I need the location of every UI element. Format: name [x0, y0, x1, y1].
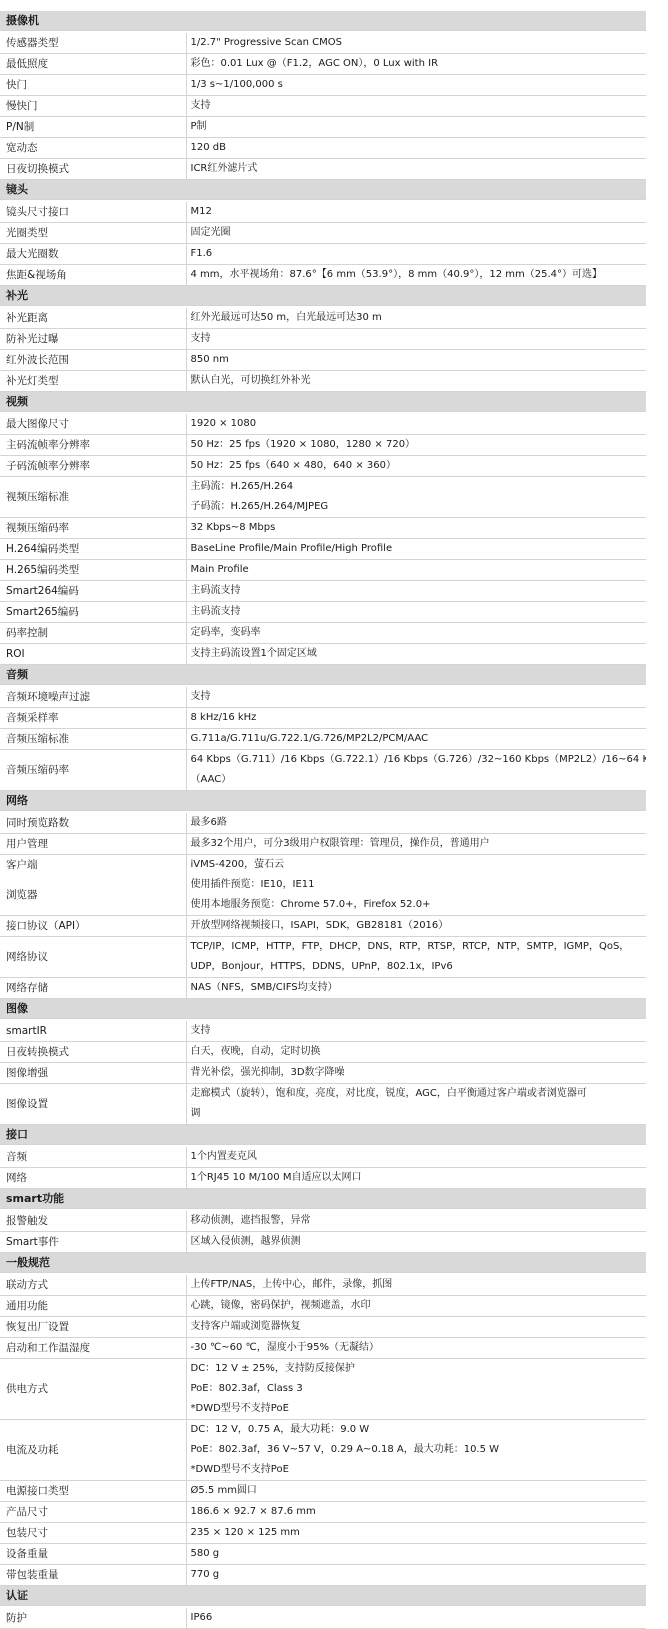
section-title: 图像 [0, 999, 646, 1021]
spec-value: 定码率，变码率 [186, 623, 646, 644]
spec-value-line: 移动侦测，遮挡报警，异常 [191, 1211, 647, 1231]
spec-value-line: 走廊模式（旋转），饱和度，亮度，对比度，锐度，AGC，白平衡通过客户端或者浏览器… [191, 1084, 647, 1104]
spec-label: 浏览器 [0, 875, 186, 916]
spec-row: 图像增强背光补偿，强光抑制，3D数字降噪 [0, 1063, 646, 1084]
spec-value: 770 g [186, 1565, 646, 1586]
section-title: 补光 [0, 286, 646, 308]
section-title: 镜头 [0, 180, 646, 202]
spec-row: 日夜切换模式ICR红外滤片式 [0, 159, 646, 180]
spec-label: H.264编码类型 [0, 539, 186, 560]
spec-row: 补光灯类型默认白光，可切换红外补光 [0, 371, 646, 392]
spec-value-line: DC：12 V，0.75 A，最大功耗：9.0 W [191, 1420, 647, 1440]
spec-row: 最低照度彩色：0.01 Lux @（F1.2，AGC ON），0 Lux wit… [0, 54, 646, 75]
spec-value: BaseLine Profile/Main Profile/High Profi… [186, 539, 646, 560]
spec-label: 音频环境噪声过滤 [0, 686, 186, 708]
spec-label: 最大图像尺寸 [0, 413, 186, 435]
spec-value: 支持 [186, 1020, 646, 1042]
spec-value-line: 186.6 × 92.7 × 87.6 mm [191, 1502, 647, 1522]
spec-label: 通用功能 [0, 1296, 186, 1317]
spec-value-line: 定码率，变码率 [191, 623, 647, 643]
spec-value: 32 Kbps~8 Mbps [186, 518, 646, 539]
spec-label: 恢复出厂设置 [0, 1317, 186, 1338]
spec-row: 浏览器使用插件预览：IE10，IE11使用本地服务预览：Chrome 57.0+… [0, 875, 646, 916]
spec-row: 红外波长范围850 nm [0, 350, 646, 371]
spec-value: TCP/IP，ICMP，HTTP，FTP，DHCP，DNS，RTP，RTSP，R… [186, 937, 646, 978]
spec-value: ICR红外滤片式 [186, 159, 646, 180]
spec-value: 50 Hz：25 fps（640 × 480，640 × 360） [186, 456, 646, 477]
spec-label: 防补光过曝 [0, 329, 186, 350]
spec-label: 焦距&视场角 [0, 265, 186, 286]
spec-value: 支持主码流设置1个固定区域 [186, 644, 646, 665]
spec-row: 带包装重量770 g [0, 1565, 646, 1586]
spec-value: Main Profile [186, 560, 646, 581]
spec-row: 快门1/3 s~1/100,000 s [0, 75, 646, 96]
spec-value-line: 8 kHz/16 kHz [191, 708, 647, 728]
spec-row: 音频压缩标准G.711a/G.711u/G.722.1/G.726/MP2L2/… [0, 729, 646, 750]
spec-value: 1个RJ45 10 M/100 M自适应以太网口 [186, 1168, 646, 1189]
spec-row: 日夜转换模式白天，夜晚，自动，定时切换 [0, 1042, 646, 1063]
spec-value-line: 1/2.7" Progressive Scan CMOS [191, 33, 647, 53]
spec-value-line: 最多32个用户，可分3级用户权限管理：管理员，操作员，普通用户 [191, 834, 647, 854]
spec-value-line: iVMS-4200，萤石云 [191, 855, 647, 875]
section-header: 摄像机 [0, 11, 646, 32]
spec-value: 固定光圈 [186, 223, 646, 244]
spec-label: 日夜转换模式 [0, 1042, 186, 1063]
spec-label: smartIR [0, 1020, 186, 1042]
spec-label: 镜头尺寸接口 [0, 201, 186, 223]
spec-value: 默认白光，可切换红外补光 [186, 371, 646, 392]
spec-row: 供电方式DC：12 V ± 25%，支持防反接保护PoE：802.3af，Cla… [0, 1359, 646, 1420]
spec-value-line: （AAC） [191, 770, 647, 790]
spec-row: 音频压缩码率64 Kbps（G.711）/16 Kbps（G.722.1）/16… [0, 750, 646, 791]
spec-value-line: 1个内置麦克风 [191, 1147, 647, 1167]
spec-row: 网络协议TCP/IP，ICMP，HTTP，FTP，DHCP，DNS，RTP，RT… [0, 937, 646, 978]
spec-label: 包装尺寸 [0, 1523, 186, 1544]
spec-row: 联动方式上传FTP/NAS，上传中心，邮件，录像，抓图 [0, 1274, 646, 1296]
section-title: 摄像机 [0, 11, 646, 32]
spec-label: 电流及功耗 [0, 1420, 186, 1481]
spec-label: 音频压缩码率 [0, 750, 186, 791]
spec-label: ROI [0, 644, 186, 665]
spec-row: H.264编码类型BaseLine Profile/Main Profile/H… [0, 539, 646, 560]
spec-label: 音频压缩标准 [0, 729, 186, 750]
spec-value: 1920 × 1080 [186, 413, 646, 435]
spec-value-line: PoE：802.3af，36 V~57 V，0.29 A~0.18 A，最大功耗… [191, 1440, 647, 1460]
spec-value-line: 1920 × 1080 [191, 414, 647, 434]
section-title: 一般规范 [0, 1253, 646, 1275]
spec-label: 网络协议 [0, 937, 186, 978]
spec-label: 报警触发 [0, 1210, 186, 1232]
spec-value: 8 kHz/16 kHz [186, 708, 646, 729]
spec-row: 报警触发移动侦测，遮挡报警，异常 [0, 1210, 646, 1232]
spec-row: 码率控制定码率，变码率 [0, 623, 646, 644]
spec-value-line: 32 Kbps~8 Mbps [191, 518, 647, 538]
spec-label: 网络存储 [0, 978, 186, 999]
spec-row: 视频压缩码率32 Kbps~8 Mbps [0, 518, 646, 539]
section-header: 镜头 [0, 180, 646, 202]
spec-value: 最多32个用户，可分3级用户权限管理：管理员，操作员，普通用户 [186, 834, 646, 855]
spec-value-line: 支持 [191, 1021, 647, 1041]
spec-row: 音频环境噪声过滤支持 [0, 686, 646, 708]
spec-value-line: P制 [191, 117, 647, 137]
spec-label: 音频采样率 [0, 708, 186, 729]
spec-value: 主码流：H.265/H.264子码流：H.265/H.264/MJPEG [186, 477, 646, 518]
spec-value: DC：12 V ± 25%，支持防反接保护PoE：802.3af，Class 3… [186, 1359, 646, 1420]
section-header: 一般规范 [0, 1253, 646, 1275]
spec-label: 最大光圈数 [0, 244, 186, 265]
spec-row: 焦距&视场角4 mm，水平视场角：87.6°【6 mm（53.9°），8 mm（… [0, 265, 646, 286]
spec-value: 上传FTP/NAS，上传中心，邮件，录像，抓图 [186, 1274, 646, 1296]
section-header: 音频 [0, 665, 646, 687]
spec-value: 支持客户端或浏览器恢复 [186, 1317, 646, 1338]
spec-value: F1.6 [186, 244, 646, 265]
section-title: 音频 [0, 665, 646, 687]
spec-label: 接口协议（API） [0, 916, 186, 937]
spec-value: 186.6 × 92.7 × 87.6 mm [186, 1502, 646, 1523]
spec-value-line: 主码流支持 [191, 602, 647, 622]
spec-value: 4 mm，水平视场角：87.6°【6 mm（53.9°），8 mm（40.9°）… [186, 265, 646, 286]
spec-value-line: 4 mm，水平视场角：87.6°【6 mm（53.9°），8 mm（40.9°）… [191, 265, 647, 285]
spec-row: 启动和工作温湿度-30 ℃~60 ℃，湿度小于95%（无凝结） [0, 1338, 646, 1359]
spec-label: 电源接口类型 [0, 1481, 186, 1502]
section-title: 接口 [0, 1125, 646, 1147]
spec-row: 图像设置走廊模式（旋转），饱和度，亮度，对比度，锐度，AGC，白平衡通过客户端或… [0, 1084, 646, 1125]
spec-value: -30 ℃~60 ℃，湿度小于95%（无凝结） [186, 1338, 646, 1359]
spec-row: 同时预览路数最多6路 [0, 812, 646, 834]
spec-label: H.265编码类型 [0, 560, 186, 581]
spec-label: 联动方式 [0, 1274, 186, 1296]
spec-value-line: 1/3 s~1/100,000 s [191, 75, 647, 95]
spec-row: 音频1个内置麦克风 [0, 1146, 646, 1168]
spec-label: 主码流帧率分辨率 [0, 435, 186, 456]
spec-row: 传感器类型1/2.7" Progressive Scan CMOS [0, 32, 646, 54]
spec-row: 主码流帧率分辨率50 Hz：25 fps（1920 × 1080，1280 × … [0, 435, 646, 456]
spec-label: 最低照度 [0, 54, 186, 75]
spec-value-line: 850 nm [191, 350, 647, 370]
spec-label: 宽动态 [0, 138, 186, 159]
spec-row: 补光距离红外光最远可达50 m，白光最远可达30 m [0, 307, 646, 329]
spec-value-line: 默认白光，可切换红外补光 [191, 371, 647, 391]
spec-value-line: PoE：802.3af，Class 3 [191, 1379, 647, 1399]
spec-table: 摄像机传感器类型1/2.7" Progressive Scan CMOS最低照度… [0, 11, 646, 1600]
spec-label: 补光灯类型 [0, 371, 186, 392]
spec-label: 补光距离 [0, 307, 186, 329]
spec-label: 光圈类型 [0, 223, 186, 244]
section-header: 视频 [0, 392, 646, 414]
spec-value-line: 主码流支持 [191, 581, 647, 601]
spec-label: 音频 [0, 1146, 186, 1168]
spec-label: 视频压缩标准 [0, 477, 186, 518]
spec-value-line: 心跳，镜像，密码保护，视频遮盖，水印 [191, 1296, 647, 1316]
spec-value: 1/2.7" Progressive Scan CMOS [186, 32, 646, 54]
spec-value-line: 开放型网络视频接口，ISAPI，SDK，GB28181（2016） [191, 916, 647, 936]
spec-value-line: 最多6路 [191, 813, 647, 833]
spec-value: 走廊模式（旋转），饱和度，亮度，对比度，锐度，AGC，白平衡通过客户端或者浏览器… [186, 1084, 646, 1125]
spec-value: 移动侦测，遮挡报警，异常 [186, 1210, 646, 1232]
spec-value: 580 g [186, 1544, 646, 1565]
spec-value-line: 彩色：0.01 Lux @（F1.2，AGC ON），0 Lux with IR [191, 54, 647, 74]
spec-value-line: 区域入侵侦测，越界侦测 [191, 1232, 647, 1252]
spec-value-line: F1.6 [191, 244, 647, 264]
spec-value: 235 × 120 × 125 mm [186, 1523, 646, 1544]
spec-row: Smart事件区域入侵侦测，越界侦测 [0, 1232, 646, 1253]
spec-value-line: Main Profile [191, 560, 647, 580]
spec-value: 50 Hz：25 fps（1920 × 1080，1280 × 720） [186, 435, 646, 456]
spec-value: 主码流支持 [186, 581, 646, 602]
spec-row: 最大图像尺寸1920 × 1080 [0, 413, 646, 435]
section-title: smart功能 [0, 1189, 646, 1211]
spec-value-line: G.711a/G.711u/G.722.1/G.726/MP2L2/PCM/AA… [191, 729, 647, 749]
spec-value-line: 使用插件预览：IE10，IE11 [191, 875, 647, 895]
spec-value: 心跳，镜像，密码保护，视频遮盖，水印 [186, 1296, 646, 1317]
spec-row: 设备重量580 g [0, 1544, 646, 1565]
spec-value: NAS（NFS，SMB/CIFS均支持） [186, 978, 646, 999]
spec-value: DC：12 V，0.75 A，最大功耗：9.0 WPoE：802.3af，36 … [186, 1420, 646, 1481]
spec-value-line: -30 ℃~60 ℃，湿度小于95%（无凝结） [191, 1338, 647, 1358]
spec-value-line: BaseLine Profile/Main Profile/High Profi… [191, 539, 647, 559]
spec-label: 同时预览路数 [0, 812, 186, 834]
spec-value-line: 支持 [191, 329, 647, 349]
spec-row: 用户管理最多32个用户，可分3级用户权限管理：管理员，操作员，普通用户 [0, 834, 646, 855]
spec-value: M12 [186, 201, 646, 223]
spec-label: 产品尺寸 [0, 1502, 186, 1523]
spec-value-line: Ø5.5 mm圆口 [191, 1481, 647, 1501]
spec-value-line: 上传FTP/NAS，上传中心，邮件，录像，抓图 [191, 1275, 647, 1295]
spec-label: Smart265编码 [0, 602, 186, 623]
spec-value: 支持 [186, 96, 646, 117]
spec-row: 接口协议（API）开放型网络视频接口，ISAPI，SDK，GB28181（201… [0, 916, 646, 937]
spec-label: 慢快门 [0, 96, 186, 117]
spec-value: Ø5.5 mm圆口 [186, 1481, 646, 1502]
spec-value-line: 红外光最远可达50 m，白光最远可达30 m [191, 308, 647, 328]
spec-value: 红外光最远可达50 m，白光最远可达30 m [186, 307, 646, 329]
spec-label: 网络 [0, 1168, 186, 1189]
spec-label: Smart264编码 [0, 581, 186, 602]
spec-value: 开放型网络视频接口，ISAPI，SDK，GB28181（2016） [186, 916, 646, 937]
spec-value: 使用插件预览：IE10，IE11使用本地服务预览：Chrome 57.0+，Fi… [186, 875, 646, 916]
spec-row: 视频压缩标准主码流：H.265/H.264子码流：H.265/H.264/MJP… [0, 477, 646, 518]
spec-value-line: 支持 [191, 96, 647, 116]
spec-value-line: 1个RJ45 10 M/100 M自适应以太网口 [191, 1168, 647, 1188]
spec-value-line: UDP，Bonjour，HTTPS，DDNS，UPnP，802.1x，IPv6 [191, 957, 647, 977]
spec-label: 供电方式 [0, 1359, 186, 1420]
spec-label: 带包装重量 [0, 1565, 186, 1586]
spec-value: 64 Kbps（G.711）/16 Kbps（G.722.1）/16 Kbps（… [186, 750, 646, 791]
spec-value-line: 64 Kbps（G.711）/16 Kbps（G.722.1）/16 Kbps（… [191, 750, 647, 770]
spec-row: H.265编码类型Main Profile [0, 560, 646, 581]
spec-label: 红外波长范围 [0, 350, 186, 371]
spec-row: 恢复出厂设置支持客户端或浏览器恢复 [0, 1317, 646, 1338]
spec-value-line: 120 dB [191, 138, 647, 158]
spec-row: 包装尺寸235 × 120 × 125 mm [0, 1523, 646, 1544]
spec-value: 支持 [186, 329, 646, 350]
spec-value-line: 子码流：H.265/H.264/MJPEG [191, 497, 647, 517]
spec-row: 防补光过曝支持 [0, 329, 646, 350]
spec-label: 设备重量 [0, 1544, 186, 1565]
spec-value-line: 50 Hz：25 fps（1920 × 1080，1280 × 720） [191, 435, 647, 455]
spec-value-line: 主码流：H.265/H.264 [191, 477, 647, 497]
section-header: 网络 [0, 791, 646, 813]
section-header: smart功能 [0, 1189, 646, 1211]
spec-row: 通用功能心跳，镜像，密码保护，视频遮盖，水印 [0, 1296, 646, 1317]
section-title: 网络 [0, 791, 646, 813]
spec-label: 视频压缩码率 [0, 518, 186, 539]
spec-row: 电源接口类型Ø5.5 mm圆口 [0, 1481, 646, 1502]
spec-label: 传感器类型 [0, 32, 186, 54]
spec-value: 背光补偿，强光抑制，3D数字降噪 [186, 1063, 646, 1084]
spec-row: 音频采样率8 kHz/16 kHz [0, 708, 646, 729]
spec-value-line: *DWD型号不支持PoE [191, 1399, 647, 1419]
section-header: 认证 [0, 1586, 646, 1601]
spec-value: 白天，夜晚，自动，定时切换 [186, 1042, 646, 1063]
spec-label: 日夜切换模式 [0, 159, 186, 180]
spec-row: 网络1个RJ45 10 M/100 M自适应以太网口 [0, 1168, 646, 1189]
spec-value: 850 nm [186, 350, 646, 371]
section-header: 补光 [0, 286, 646, 308]
spec-row: 客户端iVMS-4200，萤石云 [0, 855, 646, 876]
spec-label: 用户管理 [0, 834, 186, 855]
spec-label: 子码流帧率分辨率 [0, 456, 186, 477]
spec-value: 最多6路 [186, 812, 646, 834]
spec-value: 支持 [186, 686, 646, 708]
spec-value-line: 支持客户端或浏览器恢复 [191, 1317, 647, 1337]
spec-row: 光圈类型固定光圈 [0, 223, 646, 244]
spec-value-line: 调 [191, 1104, 647, 1124]
spec-row: smartIR支持 [0, 1020, 646, 1042]
spec-value: 区域入侵侦测，越界侦测 [186, 1232, 646, 1253]
spec-value-line: *DWD型号不支持PoE [191, 1460, 647, 1480]
spec-value: P制 [186, 117, 646, 138]
spec-value: 120 dB [186, 138, 646, 159]
spec-value-line: TCP/IP，ICMP，HTTP，FTP，DHCP，DNS，RTP，RTSP，R… [191, 937, 647, 957]
spec-label: 客户端 [0, 855, 186, 876]
spec-row: ROI支持主码流设置1个固定区域 [0, 644, 646, 665]
spec-row: 慢快门支持 [0, 96, 646, 117]
spec-value: 1个内置麦克风 [186, 1146, 646, 1168]
spec-value-line: 支持主码流设置1个固定区域 [191, 644, 647, 664]
spec-value: 主码流支持 [186, 602, 646, 623]
spec-value: 1/3 s~1/100,000 s [186, 75, 646, 96]
spec-value-line: ICR红外滤片式 [191, 159, 647, 179]
spec-label: Smart事件 [0, 1232, 186, 1253]
spec-value-line: NAS（NFS，SMB/CIFS均支持） [191, 978, 647, 998]
spec-row: 电流及功耗DC：12 V，0.75 A，最大功耗：9.0 WPoE：802.3a… [0, 1420, 646, 1481]
section-header: 图像 [0, 999, 646, 1021]
spec-table-body: 摄像机传感器类型1/2.7" Progressive Scan CMOS最低照度… [0, 11, 646, 1600]
spec-value: iVMS-4200，萤石云 [186, 855, 646, 876]
spec-value-line: 使用本地服务预览：Chrome 57.0+，Firefox 52.0+ [191, 895, 647, 915]
spec-label: P/N制 [0, 117, 186, 138]
section-header: 接口 [0, 1125, 646, 1147]
spec-label: 图像设置 [0, 1084, 186, 1125]
spec-value-line: 770 g [191, 1565, 647, 1585]
spec-row: 宽动态120 dB [0, 138, 646, 159]
section-title: 视频 [0, 392, 646, 414]
spec-row: Smart265编码主码流支持 [0, 602, 646, 623]
spec-value-line: 白天，夜晚，自动，定时切换 [191, 1042, 647, 1062]
section-title: 认证 [0, 1586, 646, 1601]
spec-value-line: DC：12 V ± 25%，支持防反接保护 [191, 1359, 647, 1379]
spec-value-line: 50 Hz：25 fps（640 × 480，640 × 360） [191, 456, 647, 476]
spec-row: 产品尺寸186.6 × 92.7 × 87.6 mm [0, 1502, 646, 1523]
spec-value-line: 背光补偿，强光抑制，3D数字降噪 [191, 1063, 647, 1083]
spec-row: 网络存储NAS（NFS，SMB/CIFS均支持） [0, 978, 646, 999]
spec-label: 图像增强 [0, 1063, 186, 1084]
spec-value-line: 支持 [191, 687, 647, 707]
spec-value-line: 235 × 120 × 125 mm [191, 1523, 647, 1543]
spec-row: 最大光圈数F1.6 [0, 244, 646, 265]
spec-row: Smart264编码主码流支持 [0, 581, 646, 602]
spec-value-line: 固定光圈 [191, 223, 647, 243]
spec-value-line: 580 g [191, 1544, 647, 1564]
spec-row: 镜头尺寸接口M12 [0, 201, 646, 223]
spec-label: 码率控制 [0, 623, 186, 644]
spec-value: 彩色：0.01 Lux @（F1.2，AGC ON），0 Lux with IR [186, 54, 646, 75]
spec-value-line: M12 [191, 202, 647, 222]
spec-label: 快门 [0, 75, 186, 96]
spec-label: 启动和工作温湿度 [0, 1338, 186, 1359]
spec-row: P/N制P制 [0, 117, 646, 138]
spec-row: 子码流帧率分辨率50 Hz：25 fps（640 × 480，640 × 360… [0, 456, 646, 477]
spec-value: G.711a/G.711u/G.722.1/G.726/MP2L2/PCM/AA… [186, 729, 646, 750]
